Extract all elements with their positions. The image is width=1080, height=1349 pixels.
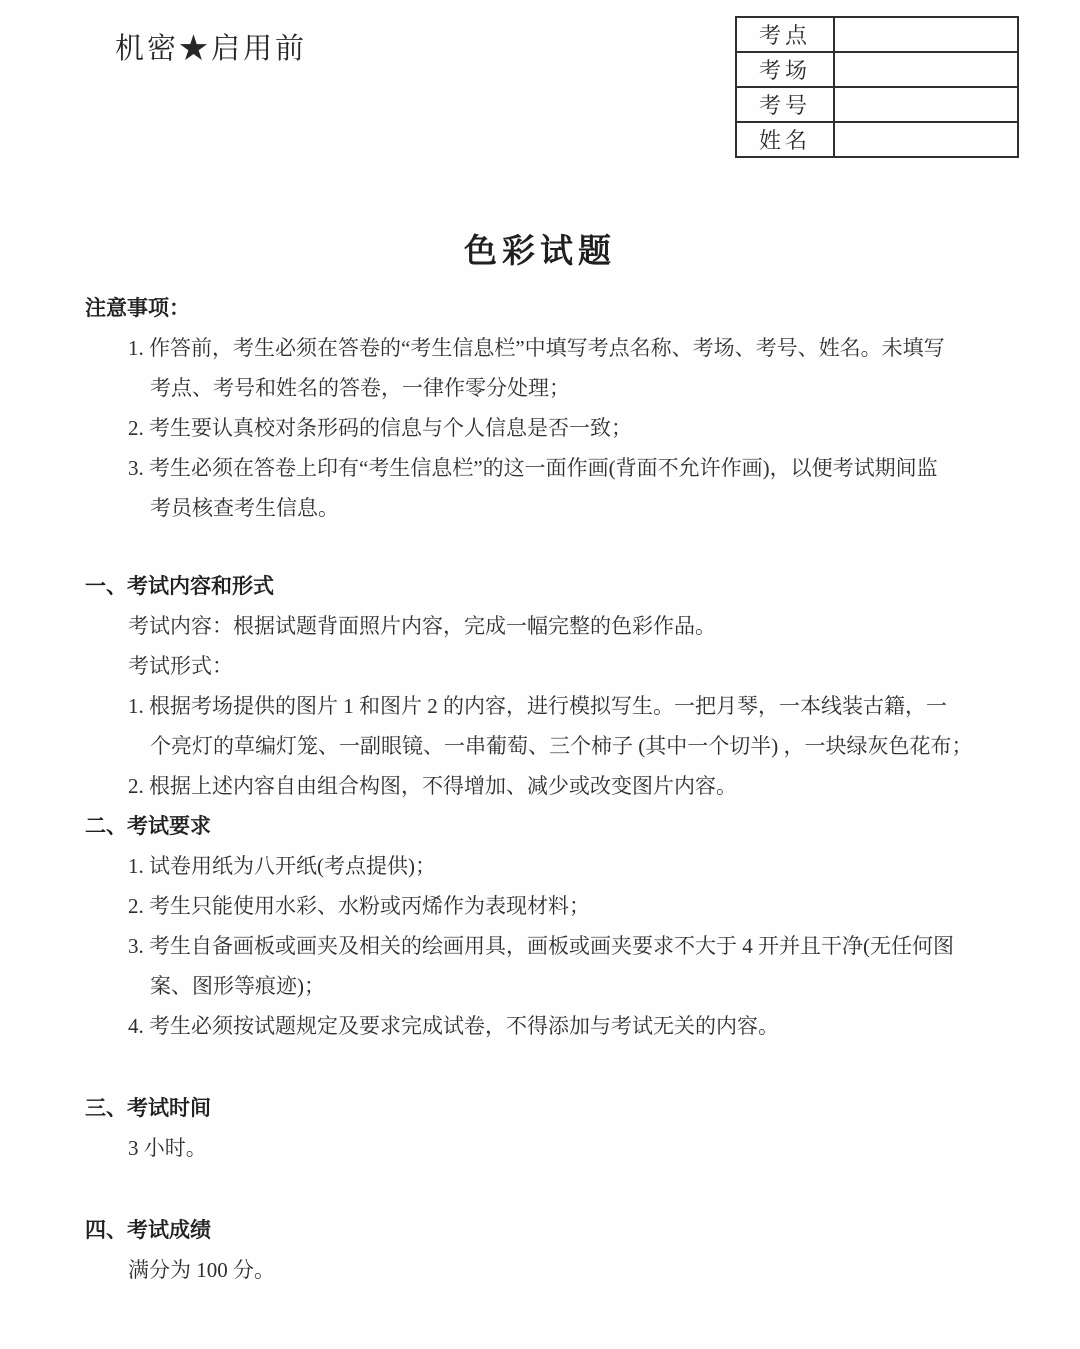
- section-2-item-4: 4. 考生必须按试题规定及要求完成试卷，不得添加与考试无关的内容。: [85, 1006, 1002, 1046]
- section-2-item-2: 2. 考生只能使用水彩、水粉或丙烯作为表现材料；: [85, 886, 1002, 926]
- table-row: 考号: [736, 87, 1018, 122]
- exam-paper-page: 机密★启用前 考点 考场 考号 姓名: [0, 0, 1080, 1349]
- table-row: 姓名: [736, 122, 1018, 157]
- section-1-form-label: 考试形式：: [85, 646, 1002, 686]
- row-value-exam-number: [834, 87, 1018, 122]
- candidate-info-table: 考点 考场 考号 姓名: [735, 16, 1019, 158]
- row-label-exam-site: 考点: [736, 17, 834, 52]
- classification-label: 机密★启用前: [115, 26, 307, 67]
- section-2-heading: 二、考试要求: [85, 806, 1002, 846]
- notice-heading: 注意事项：: [85, 288, 1002, 328]
- notice-item-3: 3. 考生必须在答卷上印有“考生信息栏”的这一面作画(背面不允许作画)，以便考试…: [85, 448, 1002, 528]
- row-label-exam-room: 考场: [736, 52, 834, 87]
- document-body: 注意事项： 1. 作答前，考生必须在答卷的“考生信息栏”中填写考点名称、考场、考…: [85, 288, 1002, 1290]
- section-2-item-3: 3. 考生自备画板或画夹及相关的绘画用具，画板或画夹要求不大于 4 开并且干净(…: [85, 926, 1002, 1006]
- row-label-exam-number: 考号: [736, 87, 834, 122]
- section-4-heading: 四、考试成绩: [85, 1210, 1002, 1250]
- notice-item-2: 2. 考生要认真校对条形码的信息与个人信息是否一致；: [85, 408, 1002, 448]
- section-1-heading: 一、考试内容和形式: [85, 566, 1002, 606]
- page-header: 机密★启用前 考点 考场 考号 姓名: [0, 0, 1080, 160]
- section-1-content-line: 考试内容：根据试题背面照片内容，完成一幅完整的色彩作品。: [85, 606, 1002, 646]
- notice-item-1: 1. 作答前，考生必须在答卷的“考生信息栏”中填写考点名称、考场、考号、姓名。未…: [85, 328, 1002, 408]
- section-3-body: 3 小时。: [85, 1128, 1002, 1168]
- table-row: 考场: [736, 52, 1018, 87]
- section-1-item-2: 2. 根据上述内容自由组合构图，不得增加、减少或改变图片内容。: [85, 766, 1002, 806]
- row-label-name: 姓名: [736, 122, 834, 157]
- row-value-exam-site: [834, 17, 1018, 52]
- row-value-name: [834, 122, 1018, 157]
- section-3-heading: 三、考试时间: [85, 1088, 1002, 1128]
- row-value-exam-room: [834, 52, 1018, 87]
- section-1-item-1: 1. 根据考场提供的图片 1 和图片 2 的内容，进行模拟写生。一把月琴，一本线…: [85, 686, 1002, 766]
- section-2-item-1: 1. 试卷用纸为八开纸(考点提供)；: [85, 846, 1002, 886]
- table-row: 考点: [736, 17, 1018, 52]
- section-4-body: 满分为 100 分。: [85, 1250, 1002, 1290]
- page-title: 色彩试题: [0, 228, 1080, 276]
